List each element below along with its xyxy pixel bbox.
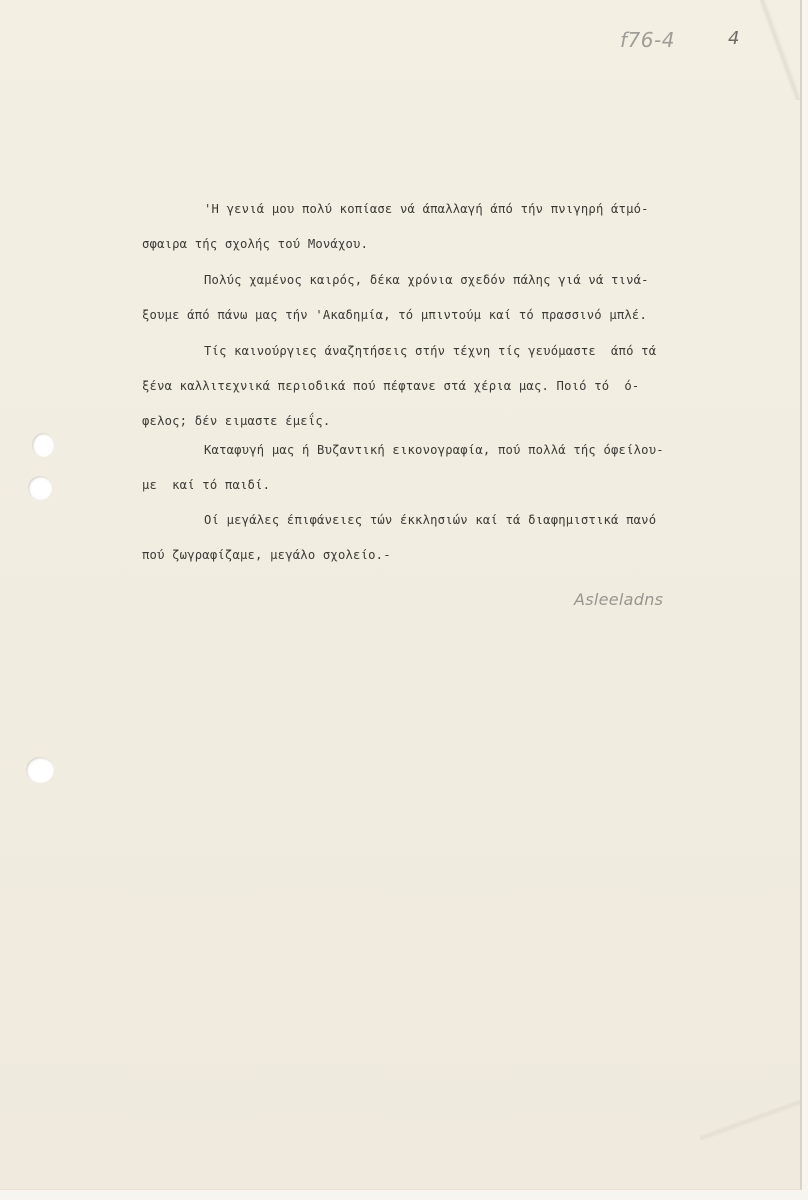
text-line: Πολύς χαμένος καιρός, δέκα χρόνια σχεδόν… <box>204 271 649 289</box>
text-line: Οί μεγάλες έπιφάνειες τών έκκλησιών καί … <box>204 511 656 529</box>
text-line: Τίς καινούργιες άναζητήσεις στήν τέχνη τ… <box>204 342 656 360</box>
text-line: πού ζωγραφίζαμε, μεγάλο σχολείο.- <box>142 546 391 564</box>
punch-hole <box>32 433 54 457</box>
text-line: φελος; δέν ειμαστε έμεΐς. <box>142 412 330 430</box>
text-line: ξένα καλλιτεχνικά περιοδικά πού πέφτανε … <box>142 377 639 395</box>
text-line: με καί τό παιδί. <box>142 476 270 494</box>
punch-hole <box>26 757 54 783</box>
punch-hole <box>28 476 52 500</box>
text-line: σφαιρα τής σχολής τού Μονάχου. <box>142 235 368 253</box>
paper-fold-crease <box>700 1100 800 1140</box>
text-line: ξουμε άπό πάνω μας τήν 'Ακαδημία, τό μπι… <box>142 306 647 324</box>
text-line: Καταφυγή μας ή Βυζαντική εικονογραφία, π… <box>204 441 664 459</box>
document-page: f76-4 4 'Η γενιά μου πολύ κοπίασε νά άπα… <box>0 0 802 1190</box>
handwritten-signature: Asleeladns <box>574 590 663 609</box>
text-line: 'Η γενιά μου πολύ κοπίασε νά άπαλλαγή άπ… <box>204 200 649 218</box>
typewritten-body: 'Η γενιά μου πολύ κοπίασε νά άπαλλαγή άπ… <box>142 0 782 182</box>
